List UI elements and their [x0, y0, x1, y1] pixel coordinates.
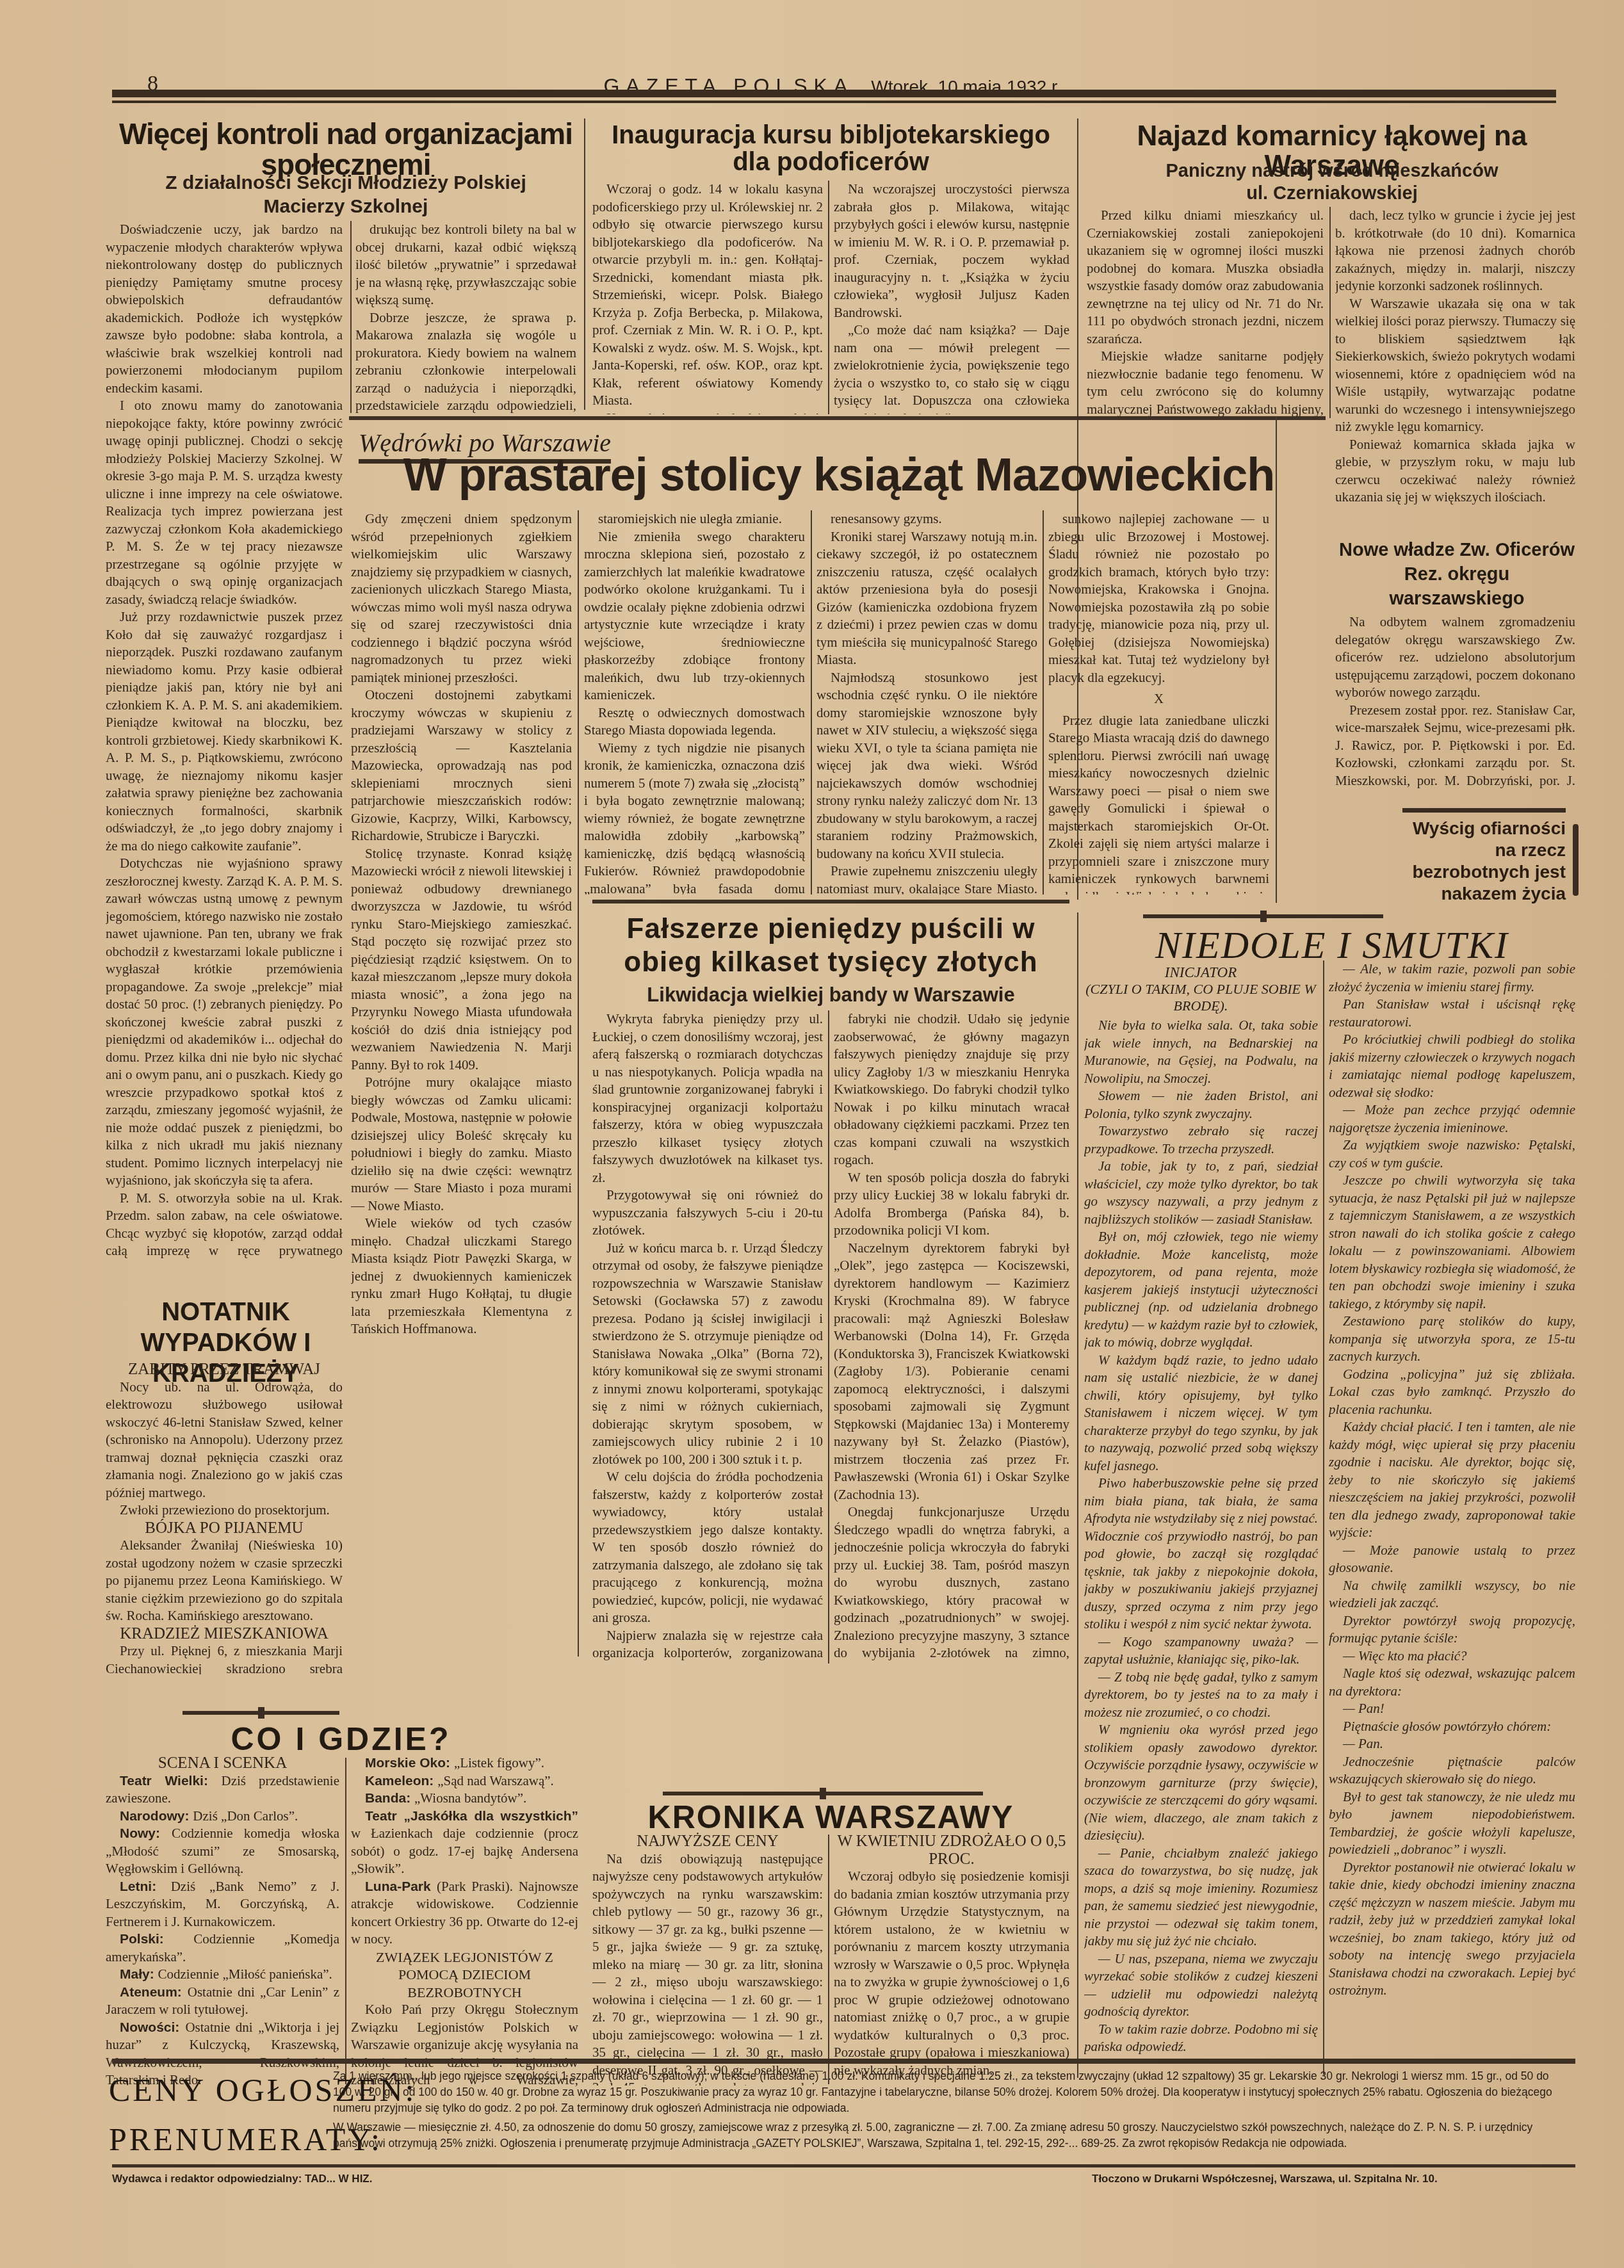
paragraph: fabryki nie chodził. Udało się jedynie z… [834, 1010, 1069, 1169]
ad-box-wyscig: Wyścig ofiarności na rzecz bezrobotnych … [1402, 808, 1566, 905]
paragraph: Godzina „policyjna” już się zbliżała. Lo… [1329, 1366, 1575, 1419]
prenumeraty-text: W Warszawie — miesięcznie zł. 4.50, za o… [333, 2119, 1563, 2151]
paragraph: Wykryta fabryka pieniędzy przy ul. Łucki… [592, 1010, 823, 1187]
venue-name: Kameleon: [365, 1774, 437, 1788]
paragraph: Prezesem został ppor. rez. Stanisław Car… [1335, 702, 1575, 793]
paragraph: Gdy zmęczeni dniem spędzonym wśród przep… [351, 510, 572, 686]
paragraph: „Co może dać nam książka? — Daje nam ona… [834, 321, 1069, 414]
paragraph: I oto znowu mamy do zanotowania niepokoj… [106, 397, 343, 608]
article-column: fabryki nie chodził. Udało się jedynie z… [834, 1010, 1069, 1664]
paragraph: Na wczorajszej uroczystości pierwsza zab… [834, 181, 1069, 321]
venue-name: Nowości: [120, 2020, 185, 2035]
venue-name: Nowy: [120, 1826, 172, 1841]
paragraph: Wiemy z tych nigdzie nie pisanych kronik… [584, 740, 805, 895]
paragraph: — Kogo szampanowny uważa? — zapytał usłu… [1084, 1633, 1318, 1669]
section-rule [592, 900, 1069, 903]
article-column: drukując bez kontroli bilety na bal w ob… [355, 221, 576, 413]
paragraph: Dzięki uspakajającym wyjaśnieniom przeds… [1335, 506, 1575, 508]
article-column: staromiejskich nie uległa zmianie.Nie zm… [584, 510, 805, 895]
paragraph: — U nas, pszepana, niema we zwyczaju wyr… [1084, 1950, 1318, 2021]
venue-name: Teatr „Jaskółka dla wszystkich” [365, 1809, 578, 1824]
listing-detail: „Wiosna bandytów”. [414, 1790, 526, 1806]
paragraph: Najpierw znalazła się w rejestrze cała o… [592, 1627, 823, 1664]
venue-name: Letni: [120, 1879, 171, 1894]
incident-title: BÓJKA PO PIJANEMU [106, 1519, 343, 1537]
article-column: Nie była to wielka sala. Ot, taka sobie … [1084, 1017, 1318, 2073]
listing-item: Ateneum: Ostatnie dni „Car Lenin” z Jara… [106, 1984, 339, 2019]
article-column: Gdy zmęczeni dniem spędzonym wśród przep… [351, 510, 572, 1336]
paragraph: renesansowy gzyms. [816, 510, 1037, 528]
paragraph: Nie była to wielka sala. Ot, taka sobie … [1084, 1017, 1318, 1087]
article-column: Wykryta fabryka pieniędzy przy ul. Łucki… [592, 1010, 823, 1664]
paragraph: W Warszawie ukazała się ona w tak wielki… [1335, 295, 1575, 436]
paragraph: Wczoraj odbyło się posiedzenie komisji d… [834, 1868, 1069, 2079]
paragraph: Dobrze jeszcze, że sprawa p. Makarowa zn… [355, 309, 576, 414]
paragraph: — Więc kto ma płacić? [1329, 1648, 1575, 1665]
listing-detail: w Łazienkach daje codziennie (procz sobó… [351, 1826, 578, 1876]
paragraph: Przygotowywał się oni również do wypuszc… [592, 1187, 823, 1240]
paragraph: Już przy rozdawnictwie puszek przez Koło… [106, 608, 343, 855]
paragraph: Był on, mój człowiek, tego nie wiemy dok… [1084, 1228, 1318, 1352]
paragraph: Kurs, który trwać będzie tydzień, obejmu… [592, 410, 823, 415]
ornament-rule [663, 1792, 983, 1795]
headline-kurs: Inauguracja kursu bibljotekarskiego dla … [592, 122, 1069, 175]
venue-name: Banda: [365, 1791, 414, 1806]
column-divider [578, 510, 579, 1656]
paragraph: — Panie, chciałbym znaleźć jakiego szaca… [1084, 1845, 1318, 1950]
paragraph: Wiele wieków od tych czasów minęło. Chad… [351, 1215, 572, 1336]
subhead-kontrola-1: Z działalności Sekcji Młodzieży Polskiej [115, 172, 576, 195]
ornament-rule [183, 1711, 339, 1715]
venue-name: Ateneum: [120, 1985, 188, 2000]
headline-mazowsze: W prastarej stolicy książąt Mazowieckich [359, 451, 1319, 500]
paragraph: Już w końcu marca b. r. Urząd Śledczy ot… [592, 1240, 823, 1469]
listing-item: Teatr „Jaskółka dla wszystkich” w Łazien… [351, 1808, 578, 1878]
ad-text: Wyścig ofiarności na rzecz bezrobotnych … [1412, 818, 1566, 903]
paragraph: Był to gest tak stanowczy, że nie uledz … [1329, 1788, 1575, 1859]
paragraph: — Może panowie ustalą to przez głosowani… [1329, 1542, 1575, 1577]
paragraph: — Może pan zechce przyjąć odemnie najgor… [1329, 1101, 1575, 1137]
paragraph: Przez długie lata zaniedbane uliczki Sta… [1048, 712, 1269, 895]
venue-name: Narodowy: [120, 1809, 193, 1824]
paragraph: To w takim razie dobrze. Podobno mi się … [1084, 2021, 1318, 2056]
paragraph: Po króciutkiej chwili podbiegł do stolik… [1329, 1031, 1575, 1101]
listing-detail: Codziennie „Miłość panieńska”. [158, 1966, 332, 1982]
column-divider [1329, 207, 1331, 418]
paragraph: Przed kilku dniami mieszkańcy ul. Czerni… [1087, 207, 1324, 348]
paragraph: staromiejskich nie uległa zmianie. [584, 510, 805, 528]
paragraph: Ja tobie, jak ty to, z pań, siedział wła… [1084, 1158, 1318, 1228]
paragraph: Aleksander Żwaniłaj (Nieświeska 10) zost… [106, 1537, 343, 1625]
section-title: SCENA I SCENKA [106, 1754, 339, 1772]
paragraph: Przy ul. Pięknej 6, z mieszkania Marji C… [106, 1642, 343, 1674]
footer-rule [112, 2059, 1575, 2064]
paragraph: Onegdaj funkcjonarjusze Urzędu Śledczego… [834, 1503, 1069, 1664]
paragraph: W celu dojścia do źródła pochodzenia fał… [592, 1468, 823, 1627]
paragraph: Słowem — nie żaden Bristol, ani Polonia,… [1084, 1087, 1318, 1122]
paragraph: W każdym bądź razie, to jedno udało nam … [1084, 1352, 1318, 1475]
listing-item: Luna-Park (Park Praski). Najnowsze atrak… [351, 1878, 578, 1948]
paragraph: dach, lecz tylko w gruncie i życie jej j… [1335, 207, 1575, 295]
paragraph: P. M. S. otworzyła sobie na ul. Krak. Pr… [106, 1190, 343, 1262]
paragraph: Towarzystwo zebrało się raczej przypadko… [1084, 1122, 1318, 1158]
paragraph: W ten sposób policja doszła do fabryki p… [834, 1169, 1069, 1240]
article-column: W KWIETNIU ZDROŻAŁO O 0,5 PROC.Wczoraj o… [834, 1833, 1069, 2086]
masthead-rule [112, 90, 1556, 97]
column-divider [1323, 960, 1324, 2075]
subhead-kontrola-2: Macierzy Szkolnej [115, 195, 576, 218]
paragraph: — Ale, w takim razie, pozwoli pan sobie … [1329, 960, 1575, 996]
subhead-komarnica-1: Paniczny nastrój wśród mieszkańców [1089, 160, 1575, 182]
paragraph: Jeszcze po chwili wytworzyła się taka sy… [1329, 1172, 1575, 1313]
ornament-rule [1143, 914, 1383, 918]
paragraph: Nocy ub. na ul. Odrowąża, do elektrowozu… [106, 1379, 343, 1502]
paragraph: X [1048, 690, 1269, 708]
paragraph: Nagle ktoś się odezwał, wskazując palcem… [1329, 1665, 1575, 1700]
section-title: ZWIĄZEK LEGJONISTÓW Z POMOCĄ DZIECIOM BE… [351, 1948, 578, 2002]
listing-detail: „Listek figowy”. [454, 1755, 544, 1770]
paragraph: W mgnieniu oka wyrósł przed jego stoliki… [1084, 1721, 1318, 1845]
publisher-imprint: Wydawca i redaktor odpowiedzialny: TAD..… [112, 2173, 372, 2185]
listing-item: Letni: Dziś „Bank Nemo” z J. Leszczyński… [106, 1878, 339, 1931]
article-column: Na odbytem walnem zgromadzeniu delegatów… [1335, 613, 1575, 793]
headline-falszerze: Fałszerze pieniędzy puścili w obieg kilk… [592, 912, 1069, 979]
venue-name: Morskie Oko: [365, 1756, 454, 1770]
column-divider [828, 1835, 829, 2084]
article-column: dach, lecz tylko w gruncie i życie jej j… [1335, 207, 1575, 508]
venue-name: Luna-Park [365, 1879, 437, 1894]
listing-item: Teatr Wielki: Dziś przedstawienie zawies… [106, 1772, 339, 1808]
paragraph: Piwo haberbuszowskie pełne się przed nim… [1084, 1475, 1318, 1633]
incident-title: ZABITY PRZEZ TRAMWAJ [106, 1361, 343, 1379]
article-column: — Ale, w takim razie, pozwoli pan sobie … [1329, 960, 1575, 2075]
article-column: sunkowo najlepiej zachowane — u zbiegu u… [1048, 510, 1269, 895]
paragraph: Zestawiono parę stolików do kupy, kompan… [1329, 1313, 1575, 1366]
article-column: Przed kilku dniami mieszkańcy ul. Czerni… [1087, 207, 1324, 418]
paragraph: Jednocześnie piętnaście palców wskazując… [1329, 1753, 1575, 1788]
footer-rule-bottom [112, 2164, 1575, 2167]
headline-co-i-gdzie: CO I GDZIE? [106, 1722, 576, 1756]
column-divider [1077, 912, 1078, 2078]
paragraph: Naczelnym dyrektorem fabryki był „Olek”,… [834, 1240, 1069, 1504]
article-column: Wczoraj o godz. 14 w lokalu kasyna podof… [592, 181, 823, 414]
listing-column: SCENA I SCENKATeatr Wielki: Dziś przedst… [106, 1754, 339, 2087]
subhead-falszerze: Likwidacja wielkiej bandy w Warszawie [592, 983, 1069, 1007]
masthead-rule-thin [112, 101, 1556, 103]
paragraph: drukując bez kontroli bilety na bal w ob… [355, 221, 576, 309]
subhead-inicjator-2: (CZYLI O TAKIM, CO PLUJE SOBIE W BRODĘ). [1082, 981, 1319, 1015]
listing-item: Banda: „Wiosna bandytów”. [351, 1790, 578, 1808]
column-divider [828, 181, 829, 414]
venue-name: Teatr Wielki: [120, 1774, 222, 1788]
paragraph: Potrójne mury okalające miasto biegły wó… [351, 1074, 572, 1215]
paragraph: Otoczeni dostojnemi zabytkami kroczymy w… [351, 686, 572, 845]
article-column: renesansowy gzyms.Kroniki starej Warszaw… [816, 510, 1037, 895]
article-column: ZABITY PRZEZ TRAMWAJNocy ub. na ul. Odro… [106, 1361, 343, 1674]
listing-item: Narodowy: Dziś „Don Carlos”. [106, 1808, 339, 1826]
paragraph: sunkowo najlepiej zachowane — u zbiegu u… [1048, 510, 1269, 686]
listing-column: Morskie Oko: „Listek figowy”.Kameleon: „… [351, 1754, 578, 2087]
paragraph: Dyrektor postanowił nie otwierać lokalu … [1329, 1859, 1575, 2000]
paragraph: — Pan! [1329, 1700, 1575, 1718]
paragraph: Dyrektor powtórzył swoją propozycję, for… [1329, 1612, 1575, 1648]
paragraph: Prawie zupełnemu zniszczeniu uległy nato… [816, 863, 1037, 895]
article-column: Doświadczenie uczy, jak bardzo na wypacz… [106, 221, 343, 1261]
column-divider [350, 221, 352, 413]
column-divider [1276, 416, 1277, 903]
ceny-ogloszen-text: Za 1 wiersz mm., lub jego miejsce szerok… [333, 2068, 1563, 2116]
article-column: Na wczorajszej uroczystości pierwsza zab… [834, 181, 1069, 414]
venue-name: Polski: [120, 1932, 193, 1947]
paragraph: — Pan. [1329, 1735, 1575, 1753]
headline-kronika: KRONIKA WARSZAWY [592, 1801, 1069, 1835]
ad-bar [1573, 824, 1579, 896]
paragraph: Zwłoki przewieziono do prosektorjum. [106, 1502, 343, 1519]
listing-item: Polski: Codziennie „Komedja amerykańska”… [106, 1931, 339, 1966]
column-divider [345, 1758, 346, 2084]
paragraph: Za wyjątkiem swoje nazwisko: Pętalski, c… [1329, 1137, 1575, 1172]
paragraph: Wczoraj o godz. 14 w lokalu kasyna podof… [592, 181, 823, 410]
paragraph: Ponieważ komarnica składa jajka w glebie… [1335, 436, 1575, 506]
paragraph: Doświadczenie uczy, jak bardzo na wypacz… [106, 221, 343, 397]
headline-wladze: Nowe władze Zw. Oficerów Rez. okręgu war… [1338, 538, 1575, 611]
listing-detail: Dziś „Don Carlos”. [193, 1808, 298, 1824]
paragraph: Pan Stanisław wstał i uścisnął rękę rest… [1329, 996, 1575, 1031]
article-column: NAJWYŻSZE CENYNa dziś obowiązują następu… [592, 1833, 823, 2086]
subhead-inicjator: INICJATOR [1082, 964, 1319, 982]
paragraph: Dotychczas nie wyjaśniono sprawy zeszłor… [106, 855, 343, 1190]
paragraph: Kroniki starej Warszawy notują m.in. cie… [816, 528, 1037, 669]
paragraph: Na odbytem walnem zgromadzeniu delegatów… [1335, 613, 1575, 702]
paragraph: — Z tobą nie będę gadał, tylko z samym d… [1084, 1669, 1318, 1722]
column-divider [584, 118, 585, 410]
paragraph: Stolicę trzynaste. Konrad książę Mazowie… [351, 845, 572, 1074]
section-rule [349, 416, 1326, 420]
headline-niedole: NIEDOLE I SMUTKI [1089, 925, 1575, 966]
listing-detail: „Sąd nad Warszawą”. [437, 1773, 554, 1788]
column-divider [811, 510, 812, 895]
paragraph: Piętnaście głosów powtórzyło chórem: [1329, 1718, 1575, 1736]
listing-item: Kameleon: „Sąd nad Warszawą”. [351, 1772, 578, 1790]
column-divider [828, 1010, 829, 1664]
paragraph: Miejskie władze sanitarne podjęły niezwł… [1087, 348, 1324, 418]
paragraph: Nie zmieniła swego charakteru mroczna sk… [584, 528, 805, 704]
printer-imprint: Tłoczono w Drukarni Współczesnej, Warsza… [1092, 2173, 1438, 2185]
paragraph: Na chwilę zamilkli wszyscy, bo nie wiedz… [1329, 1577, 1575, 1612]
subhead-komarnica-2: ul. Czerniakowskiej [1089, 182, 1575, 205]
venue-name: Mały: [120, 1967, 158, 1982]
paragraph: Każdy chciał płacić. I ten i tamten, ale… [1329, 1418, 1575, 1542]
paragraph: Na dziś obowiązują następujące najwyższe… [592, 1851, 823, 2086]
section-title: NAJWYŻSZE CENY [592, 1833, 823, 1851]
listing-item: Nowy: Codziennie komedja włoska „Młodość… [106, 1825, 339, 1878]
listing-item: Mały: Codziennie „Miłość panieńska”. [106, 1966, 339, 1984]
section-title: W KWIETNIU ZDROŻAŁO O 0,5 PROC. [834, 1833, 1069, 1868]
column-divider [1043, 510, 1044, 895]
listing-item: Morskie Oko: „Listek figowy”. [351, 1754, 578, 1772]
paragraph: Resztę o odwiecznych domostwach Starego … [584, 704, 805, 740]
paragraph: Najmłodszą stosunkowo jest wschodnia czę… [816, 669, 1037, 863]
incident-title: KRADZIEŻ MIESZKANIOWA [106, 1625, 343, 1643]
